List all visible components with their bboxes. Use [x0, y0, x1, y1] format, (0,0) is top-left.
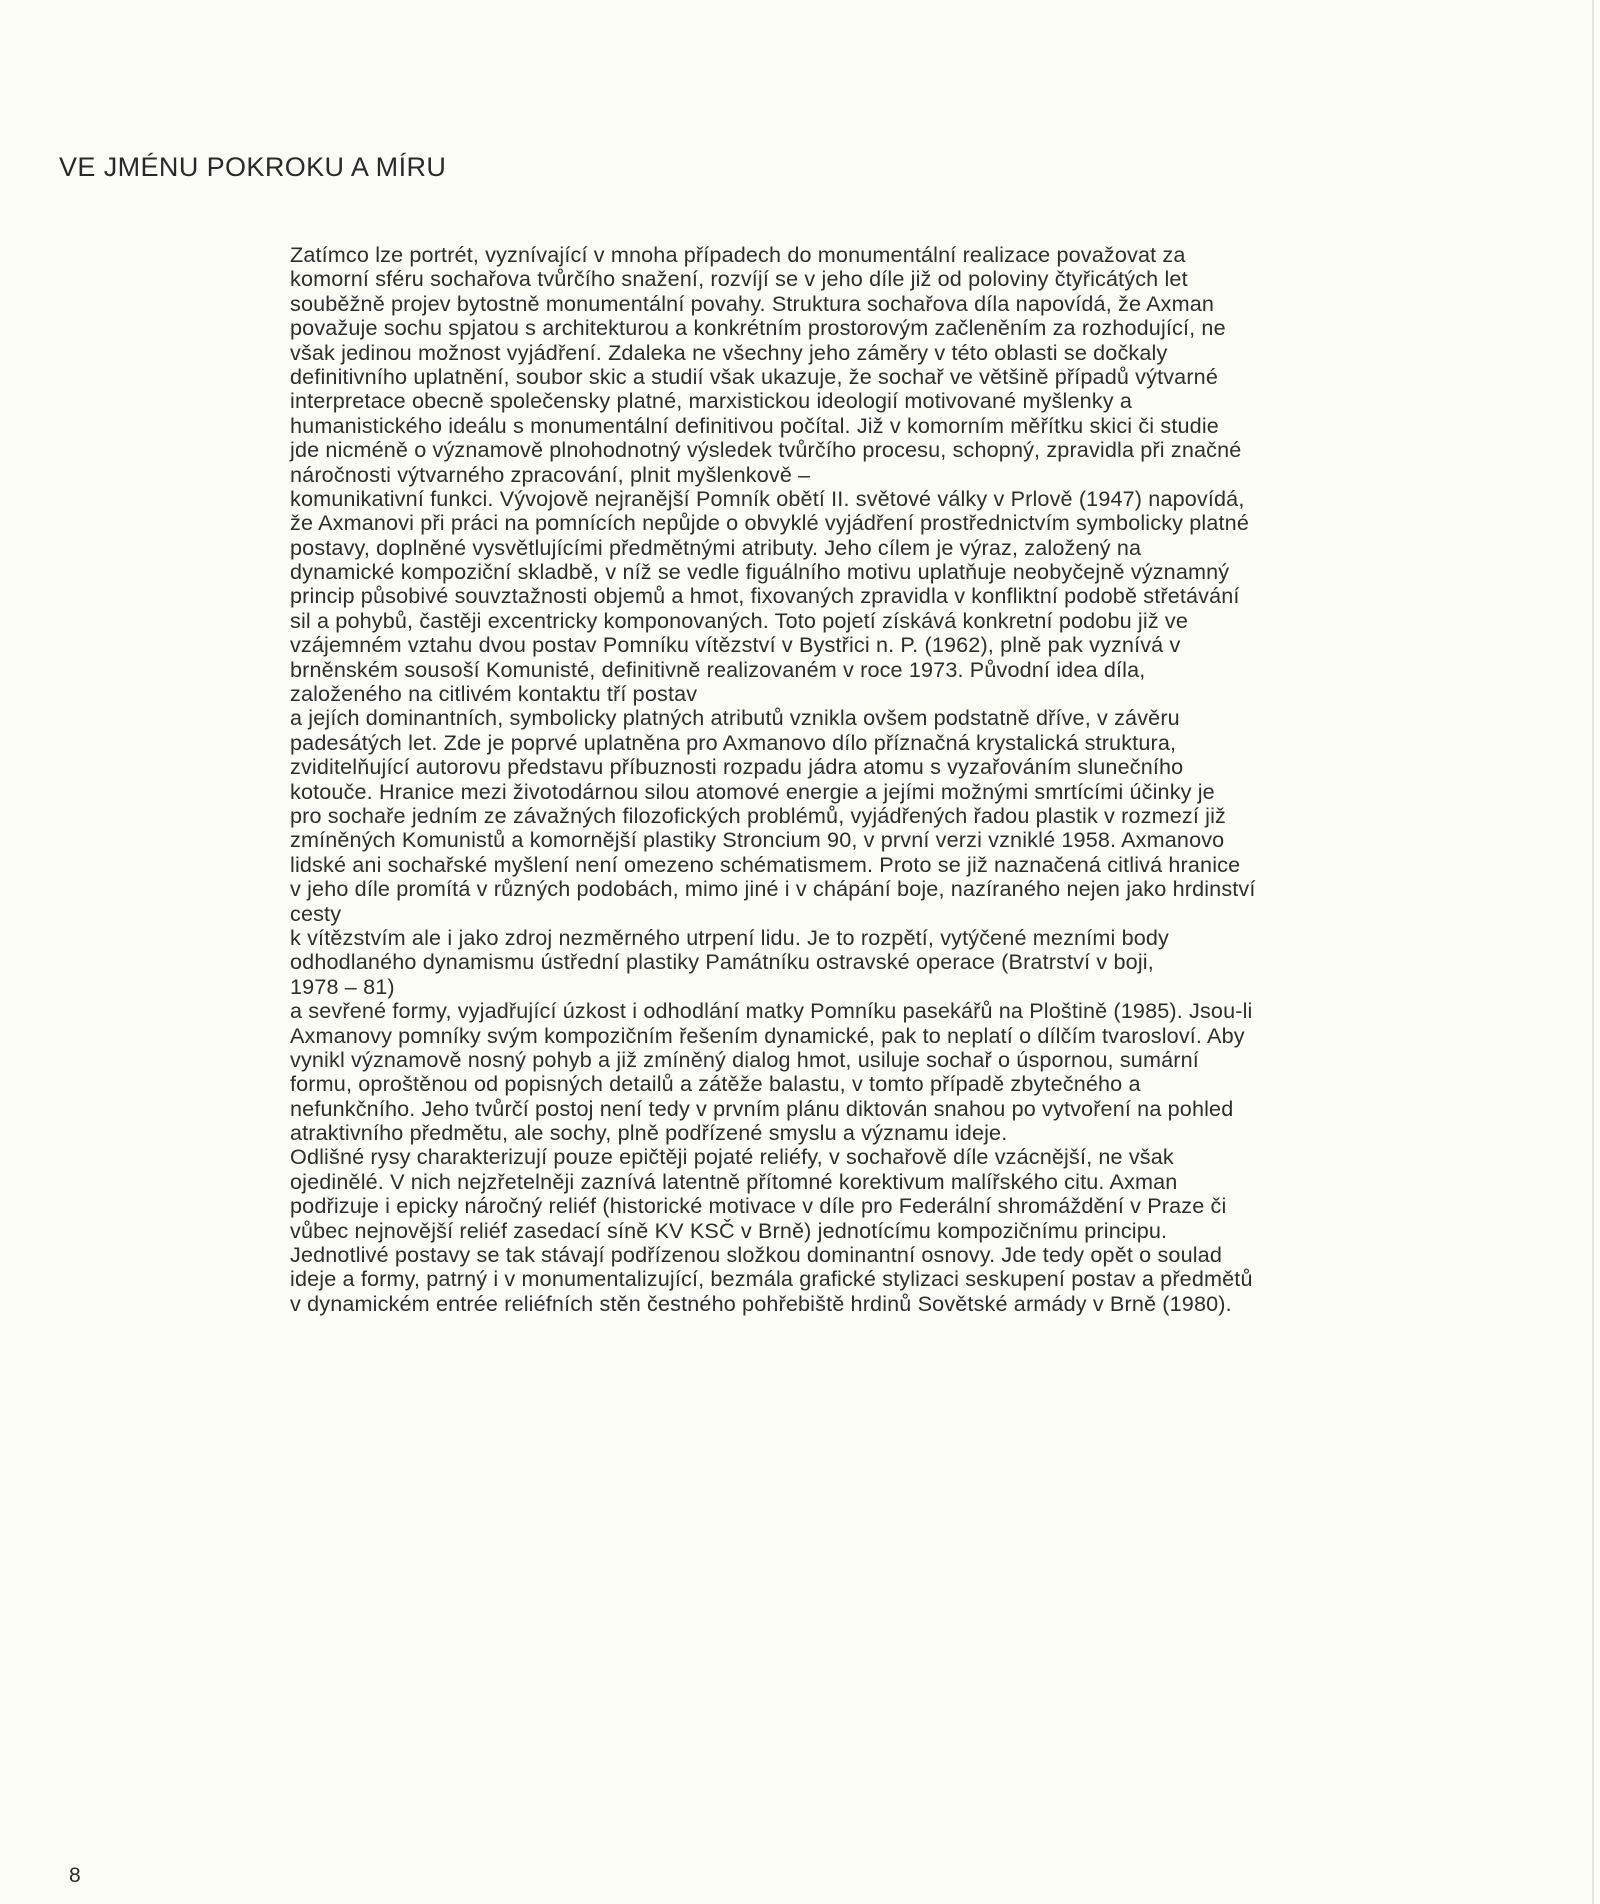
body-line: sil a pohybů, častěji excentricky kompon…: [290, 609, 1550, 633]
body-line: zmíněných Komunistů a komornější plastik…: [290, 828, 1550, 852]
body-text: Zatímco lze portrét, vyznívající v mnoha…: [290, 243, 1550, 1316]
body-line: vynikl významově nosný pohyb a již zmíně…: [290, 1048, 1550, 1072]
body-line: formu, oproštěnou od popisných detailů a…: [290, 1072, 1550, 1096]
body-line: souběžně projev bytostně monumentální po…: [290, 292, 1550, 316]
body-line: Axmanovy pomníky svým kompozičním řešení…: [290, 1024, 1550, 1048]
body-line: jde nicméně o významově plnohodnotný výs…: [290, 438, 1550, 462]
body-line: Zatímco lze portrét, vyznívající v mnoha…: [290, 243, 1550, 267]
body-line: ojedinělé. V nich nejzřetelněji zaznívá …: [290, 1170, 1550, 1194]
body-line: 1978 – 81): [290, 975, 1550, 999]
body-line: považuje sochu spjatou s architekturou a…: [290, 316, 1550, 340]
body-line: brněnském sousoší Komunisté, definitivně…: [290, 658, 1550, 682]
body-line: padesátých let. Zde je poprvé uplatněna …: [290, 731, 1550, 755]
page-edge: [1592, 0, 1594, 1904]
body-line: podřizuje i epicky náročný reliéf (histo…: [290, 1194, 1550, 1218]
body-line: nefunkčního. Jeho tvůrčí postoj není ted…: [290, 1097, 1550, 1121]
body-line: definitivního uplatnění, soubor skic a s…: [290, 365, 1550, 389]
page-number: 8: [69, 1864, 81, 1888]
body-line: komorní sféru sochařova tvůrčího snažení…: [290, 267, 1550, 291]
body-line: humanistického ideálu s monumentální def…: [290, 414, 1550, 438]
body-line: vzájemném vztahu dvou postav Pomníku vít…: [290, 633, 1550, 657]
body-line: interpretace obecně společensky platné, …: [290, 389, 1550, 413]
body-line: postavy, doplněné vysvětlujícími předmět…: [290, 536, 1550, 560]
body-line: atraktivního předmětu, ale sochy, plně p…: [290, 1121, 1550, 1145]
body-line: k vítězstvím ale i jako zdroj nezměrného…: [290, 926, 1550, 950]
body-line: že Axmanovi při práci na pomnících nepůj…: [290, 511, 1550, 535]
body-line: komunikativní funkci. Vývojově nejranějš…: [290, 487, 1550, 511]
body-line: odhodlaného dynamismu ústřední plastiky …: [290, 950, 1550, 974]
body-line: vůbec nejnovější reliéf zasedací síně KV…: [290, 1219, 1550, 1243]
body-line: založeného na citlivém kontaktu tří post…: [290, 682, 1550, 706]
body-line: princip působivé souvztažnosti objemů a …: [290, 584, 1550, 608]
body-line: Jednotlivé postavy se tak stávají podříz…: [290, 1243, 1550, 1267]
body-line: v dynamickém entrée reliéfních stěn čest…: [290, 1292, 1550, 1316]
body-line: zviditelňující autorovu představu příbuz…: [290, 755, 1550, 779]
body-line: a sevřené formy, vyjadřující úzkost i od…: [290, 999, 1550, 1023]
body-line: v jeho díle promítá v různých podobách, …: [290, 877, 1550, 901]
body-line: a jejích dominantních, symbolicky platný…: [290, 706, 1550, 730]
body-line: cesty: [290, 902, 1550, 926]
chapter-heading: VE JMÉNU POKROKU A MÍRU: [59, 152, 446, 183]
body-line: lidské ani sochařské myšlení není omezen…: [290, 853, 1550, 877]
body-line: kotouče. Hranice mezi životodárnou silou…: [290, 780, 1550, 804]
body-line: ideje a formy, patrný i v monumentalizuj…: [290, 1267, 1550, 1291]
body-line: dynamické kompoziční skladbě, v níž se v…: [290, 560, 1550, 584]
body-line: Odlišné rysy charakterizují pouze epičtě…: [290, 1145, 1550, 1169]
body-line: však jedinou možnost vyjádření. Zdaleka …: [290, 341, 1550, 365]
body-line: pro sochaře jedním ze závažných filozofi…: [290, 804, 1550, 828]
body-line: náročnosti výtvarného zpracování, plnit …: [290, 463, 1550, 487]
